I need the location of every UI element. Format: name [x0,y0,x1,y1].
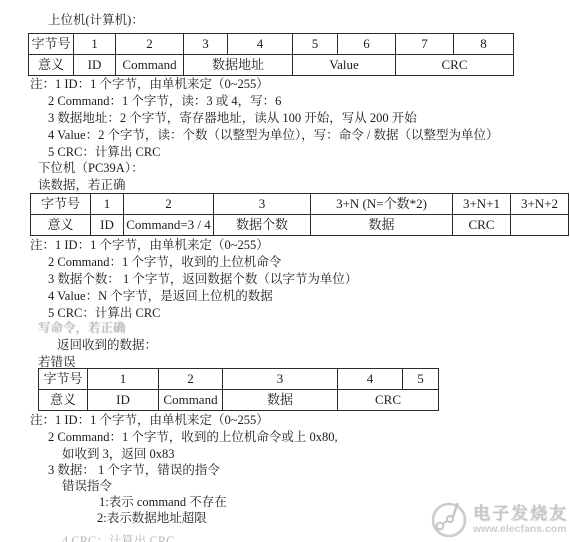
meaning-cell: 数据个数 [214,215,311,236]
write-ok-header: 写命令，若正确 [38,320,126,336]
cropped-note-line: 4 CRC：计算出 CRC [62,533,175,542]
note-line: 5 CRC：计算出 CRC [48,144,161,160]
meaning-cell: CRC [338,390,439,411]
meaning-cell: CRC [453,215,511,236]
watermark-site: www.elecfans.com [473,523,567,535]
meaning-cell: 数据 [223,390,338,411]
watermark-text: 电子发烧友 www.elecfans.com [473,505,568,535]
meaning-cell-empty [511,215,569,236]
note-line: 2 Command：1 个字节，读：3 或 4，写：6 [48,93,281,109]
watermark-brand: 电子发烧友 [473,505,568,523]
table-row-bytes: 字节号 1 2 3 3+N (N=个数*2) 3+N+1 3+N+2 [31,194,569,215]
meaning-cell: 数据地址 [184,55,293,76]
byte-cell: 3+N+1 [453,194,511,215]
byte-cell: 3 [214,194,311,215]
slave-section-title: 下位机（PC39A）： [38,160,144,176]
meaning-cell: ID [91,215,124,236]
byte-cell: 2 [124,194,214,215]
byte-cell: 5 [403,369,439,390]
byte-cell: 7 [396,34,454,55]
meaning-cell: CRC [396,55,514,76]
table-row-bytes: 字节号 1 2 3 4 5 [39,369,439,390]
read-ok-header: 读数据，若正确 [38,177,126,193]
slave-error-byte-table: 字节号 1 2 3 4 5 意义 ID Command 数据 CRC [38,368,439,411]
meaning-cell: Value [293,55,396,76]
note-line: 注：1 ID：1 个字节，由单机来定（0~255） [30,237,269,253]
elecfans-logo-icon [428,499,470,541]
note-line: 4 Value：2 个字节，读：个数（以整型为单位），写：命令 / 数据（以整型… [48,127,498,143]
watermark: 电子发烧友 www.elecfans.com [428,498,568,542]
host-byte-table: 字节号 1 2 3 4 5 6 7 8 意义 ID Command 数据地址 V… [28,33,514,76]
meaning-cell: ID [74,55,116,76]
byte-cell: 3+N+2 [511,194,569,215]
byte-cell: 3+N (N=个数*2) [311,194,453,215]
note-line: 4 Value：N 个字节，是返回上位机的数据 [48,288,273,304]
meaning-cell: 数据 [311,215,453,236]
meaning-cell: ID [88,390,159,411]
row-header-cell: 意义 [39,390,88,411]
table-row-meanings: 意义 ID Command 数据地址 Value CRC [29,55,514,76]
table-row-meanings: 意义 ID Command=3 / 4 数据个数 数据 CRC [31,215,569,236]
byte-cell: 1 [91,194,124,215]
note-line: 如收到 3，返回 0x83 [62,446,175,462]
note-line: 2 Command：1 个字节，收到的上位机命令 [48,254,281,270]
note-line: 5 CRC：计算出 CRC [48,305,161,321]
document-page: { "host": { "title": "上位机(计算机)：", "table… [0,0,570,542]
byte-cell: 8 [454,34,514,55]
row-header-cell: 意义 [31,215,91,236]
meaning-cell: Command [159,390,223,411]
byte-cell: 3 [184,34,228,55]
row-header-cell: 意义 [29,55,74,76]
byte-cell: 2 [159,369,223,390]
note-line: 3 数据： 1 个字节，错误的指令 [48,462,220,478]
note-line: 3 数据个数： 1 个字节，返回数据个数（以字节为单位） [48,271,357,287]
row-header-cell: 字节号 [39,369,88,390]
byte-cell: 6 [338,34,396,55]
write-return-line: 返回收到的数据： [57,337,157,353]
note-line: 注：1 ID：1 个字节，由单机来定（0~255） [30,76,269,92]
byte-cell: 2 [116,34,184,55]
table-row-meanings: 意义 ID Command 数据 CRC [39,390,439,411]
byte-cell: 4 [228,34,293,55]
byte-cell: 3 [223,369,338,390]
row-header-cell: 字节号 [31,194,91,215]
byte-cell: 1 [88,369,159,390]
note-line: 2 Command：1 个字节，收到的上位机命令或上 0x80, [48,429,338,445]
note-line: 3 数据地址：2 个字节，寄存器地址，读从 100 开始，写从 200 开始 [48,110,417,126]
byte-cell: 4 [338,369,403,390]
meaning-cell: Command=3 / 4 [124,215,214,236]
slave-read-byte-table: 字节号 1 2 3 3+N (N=个数*2) 3+N+1 3+N+2 意义 ID… [30,193,569,236]
byte-cell: 5 [293,34,338,55]
note-line: 1:表示 command 不存在 [99,494,227,510]
byte-cell: 1 [74,34,116,55]
table-row-bytes: 字节号 1 2 3 4 5 6 7 8 [29,34,514,55]
host-section-title: 上位机(计算机)： [48,12,144,28]
row-header-cell: 字节号 [29,34,74,55]
note-line: 2:表示数据地址超限 [97,510,207,526]
meaning-cell: Command [116,55,184,76]
note-line: 注：1 ID：1 个字节，由单机来定（0~255） [30,412,269,428]
note-line: 错误指令 [62,478,112,494]
